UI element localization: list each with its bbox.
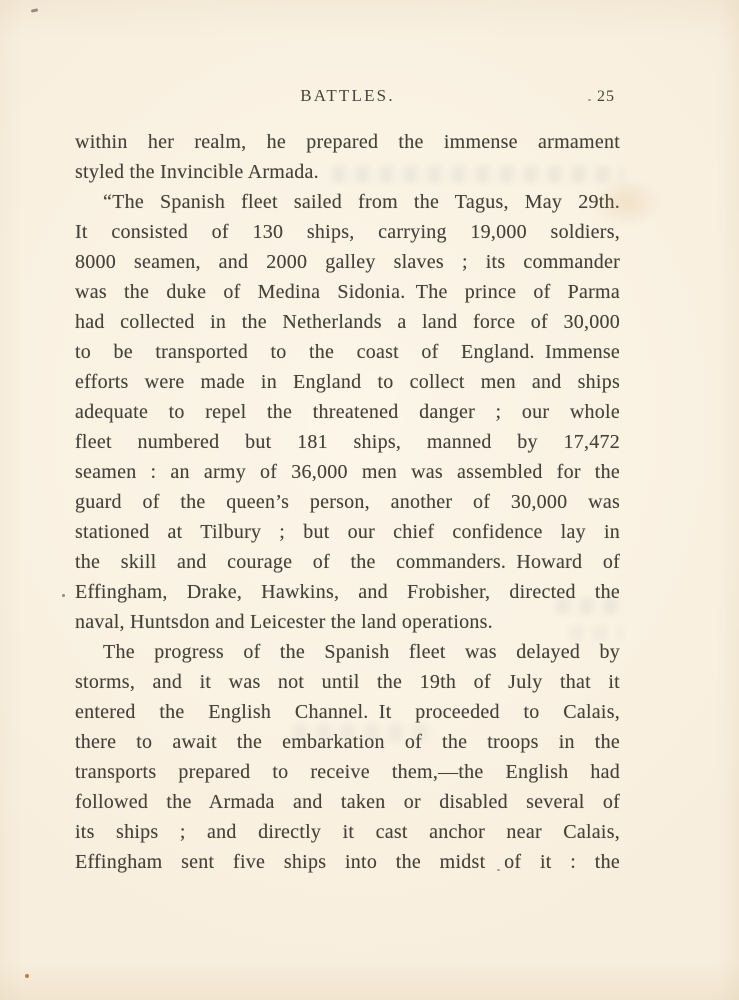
text-line: was the duke of Medina Sidonia. The prin…	[75, 277, 620, 307]
text-line: naval, Huntsdon and Leicester the land o…	[75, 607, 620, 637]
text-line: transports prepared to receive them,—the…	[75, 757, 620, 787]
text-line: Effingham sent five ships into the midst…	[75, 847, 620, 877]
paper-stain	[592, 178, 662, 226]
show-through-artifact	[570, 626, 622, 640]
paper-speck	[25, 974, 29, 978]
text-line: to be transported to the coast of Englan…	[75, 337, 620, 367]
page-number: 25	[560, 88, 615, 106]
text-line: storms, and it was not until the 19th of…	[75, 667, 620, 697]
text-line: had collected in the Netherlands a land …	[75, 307, 620, 337]
text-line: guard of the queen’s person, another of …	[75, 487, 620, 517]
book-page: BATTLES. 25 within her realm, he prepare…	[0, 0, 739, 1000]
paper-speck	[62, 594, 65, 597]
text-block: within her realm, he prepared the immens…	[75, 127, 620, 877]
paper-speck	[497, 869, 500, 871]
text-line: fleet numbered but 181 ships, manned by …	[75, 427, 620, 457]
text-line: its ships ; and directly it cast anchor …	[75, 817, 620, 847]
text-line: entered the English Channel. It proceede…	[75, 697, 620, 727]
show-through-artifact	[556, 598, 622, 614]
text-line: within her realm, he prepared the immens…	[75, 127, 620, 157]
show-through-artifact	[332, 166, 624, 183]
text-line: the skill and courage of the commanders.…	[75, 547, 620, 577]
text-line: Effingham, Drake, Hawkins, and Frobisher…	[75, 577, 620, 607]
text-line: It consisted of 130 ships, carrying 19,0…	[75, 217, 620, 247]
paper-speck	[588, 99, 591, 101]
text-line: adequate to repel the threatened danger …	[75, 397, 620, 427]
paper-speck	[31, 8, 38, 12]
show-through-artifact	[293, 724, 435, 742]
text-line: followed the Armada and taken or disable…	[75, 787, 620, 817]
text-line: “The Spanish fleet sailed from the Tagus…	[75, 187, 620, 217]
text-line: stationed at Tilbury ; but our chief con…	[75, 517, 620, 547]
text-line: efforts were made in England to collect …	[75, 367, 620, 397]
running-head-title: BATTLES.	[75, 86, 620, 108]
text-line: seamen : an army of 36,000 men was assem…	[75, 457, 620, 487]
text-line: 8000 seamen, and 2000 galley slaves ; it…	[75, 247, 620, 277]
text-line: The progress of the Spanish fleet was de…	[75, 637, 620, 667]
